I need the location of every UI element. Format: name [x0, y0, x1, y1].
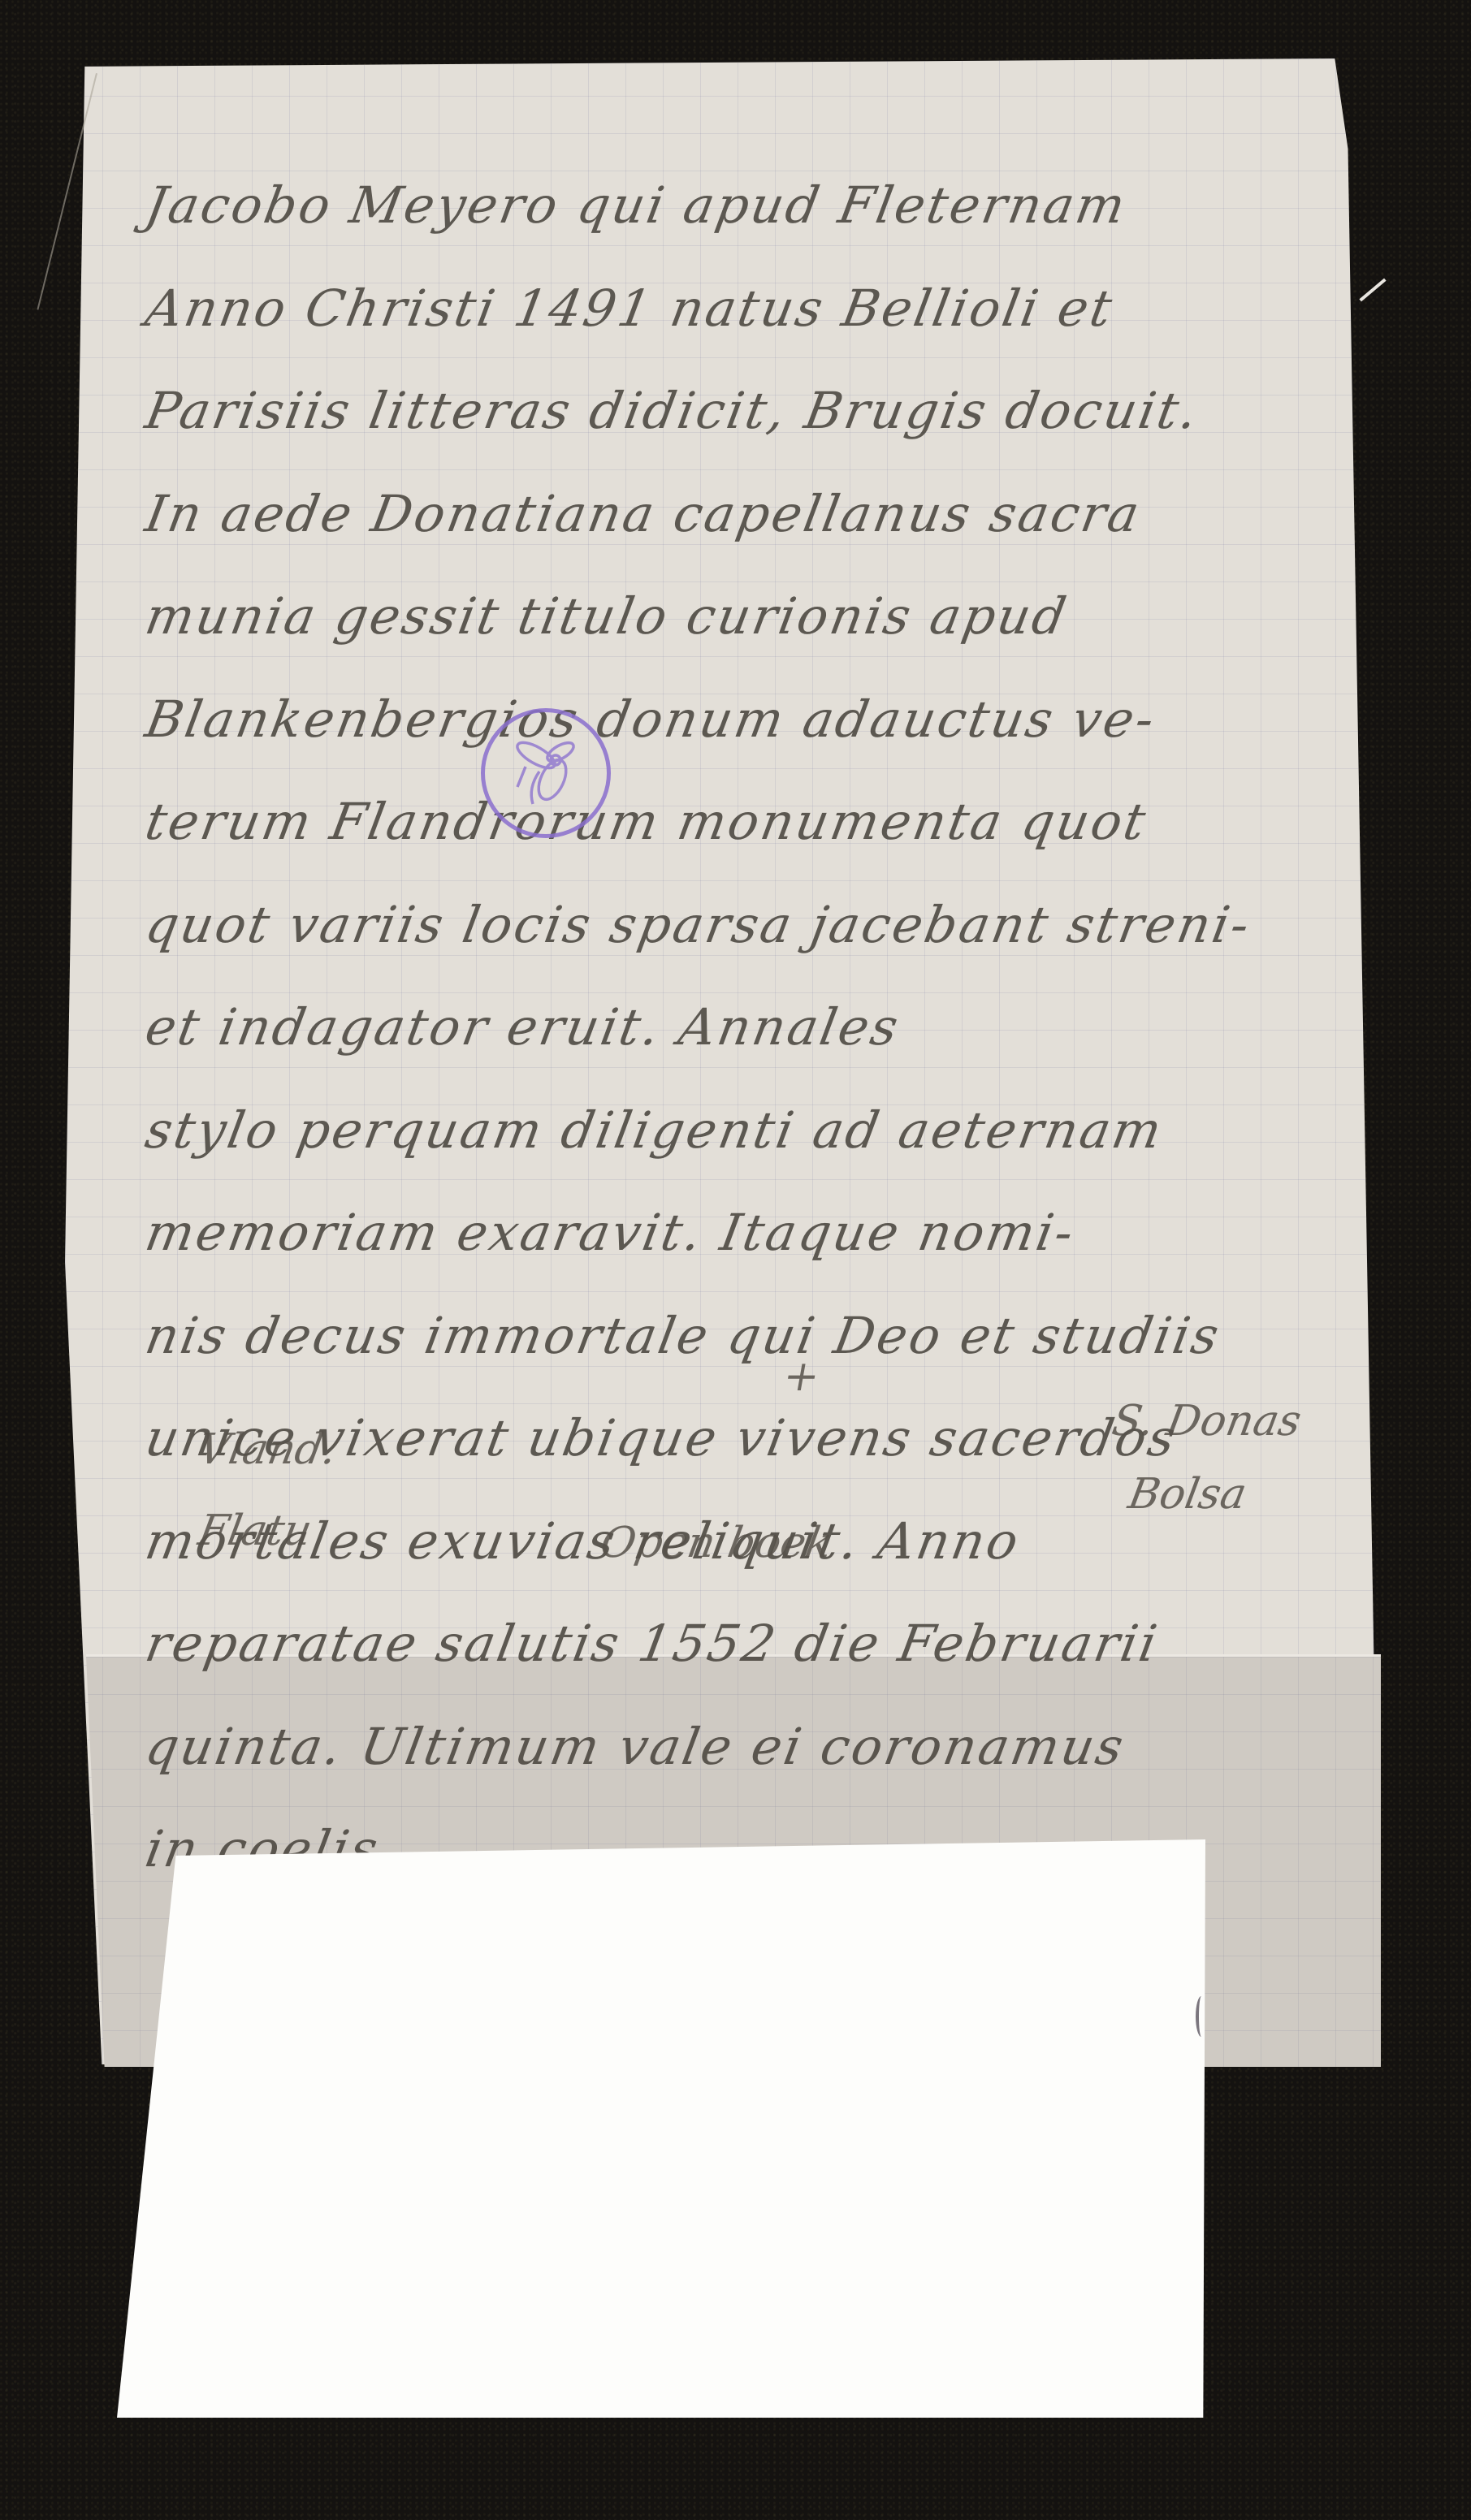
annotation-bolsa: Bolsa [1125, 1470, 1250, 1519]
bee-icon [497, 724, 595, 822]
text-line: terum Flandrorum monumenta quot [137, 771, 1357, 874]
text-line: nis decus immortale qui Deo et studiis [137, 1285, 1357, 1388]
text-line: In aede Donatiana capellanus sacra [137, 463, 1357, 566]
annotation-open-boek: Open boek [597, 1519, 836, 1567]
text-line: reparatae salutis 1552 die Februarii [137, 1593, 1357, 1696]
text-line: memoriam exaravit. Itaque nomi- [137, 1182, 1357, 1285]
text-line: stylo perquam diligenti ad aeternam [137, 1079, 1357, 1182]
annotation-flatu: Flatu [195, 1506, 316, 1555]
overlay-blank-card [117, 1839, 1205, 2418]
annotation-vland: Vland. [195, 1425, 340, 1474]
text-line: Blankenbergios donum adauctus ve- [137, 668, 1357, 772]
text-line: quinta. Ultimum vale ei coronamus [137, 1696, 1357, 1799]
text-line: Anno Christi 1491 natus Bellioli et [137, 257, 1357, 361]
annotation-s-donas: S. Donas [1109, 1397, 1305, 1446]
partial-pen-mark [1196, 1996, 1207, 2037]
torn-paper-flap [1359, 279, 1386, 302]
text-line: quot variis locis sparsa jacebant streni… [137, 874, 1357, 977]
library-stamp [481, 708, 611, 838]
text-line: Jacobo Meyero qui apud Fleternam [137, 154, 1357, 257]
manuscript-text: Jacobo Meyero qui apud Fleternam Anno Ch… [146, 154, 1348, 1901]
text-line: munia gessit titulo curionis apud [137, 565, 1357, 668]
text-line: Parisiis litteras didicit, Brugis docuit… [137, 360, 1357, 463]
text-line: et indagator eruit. Annales [137, 976, 1357, 1079]
